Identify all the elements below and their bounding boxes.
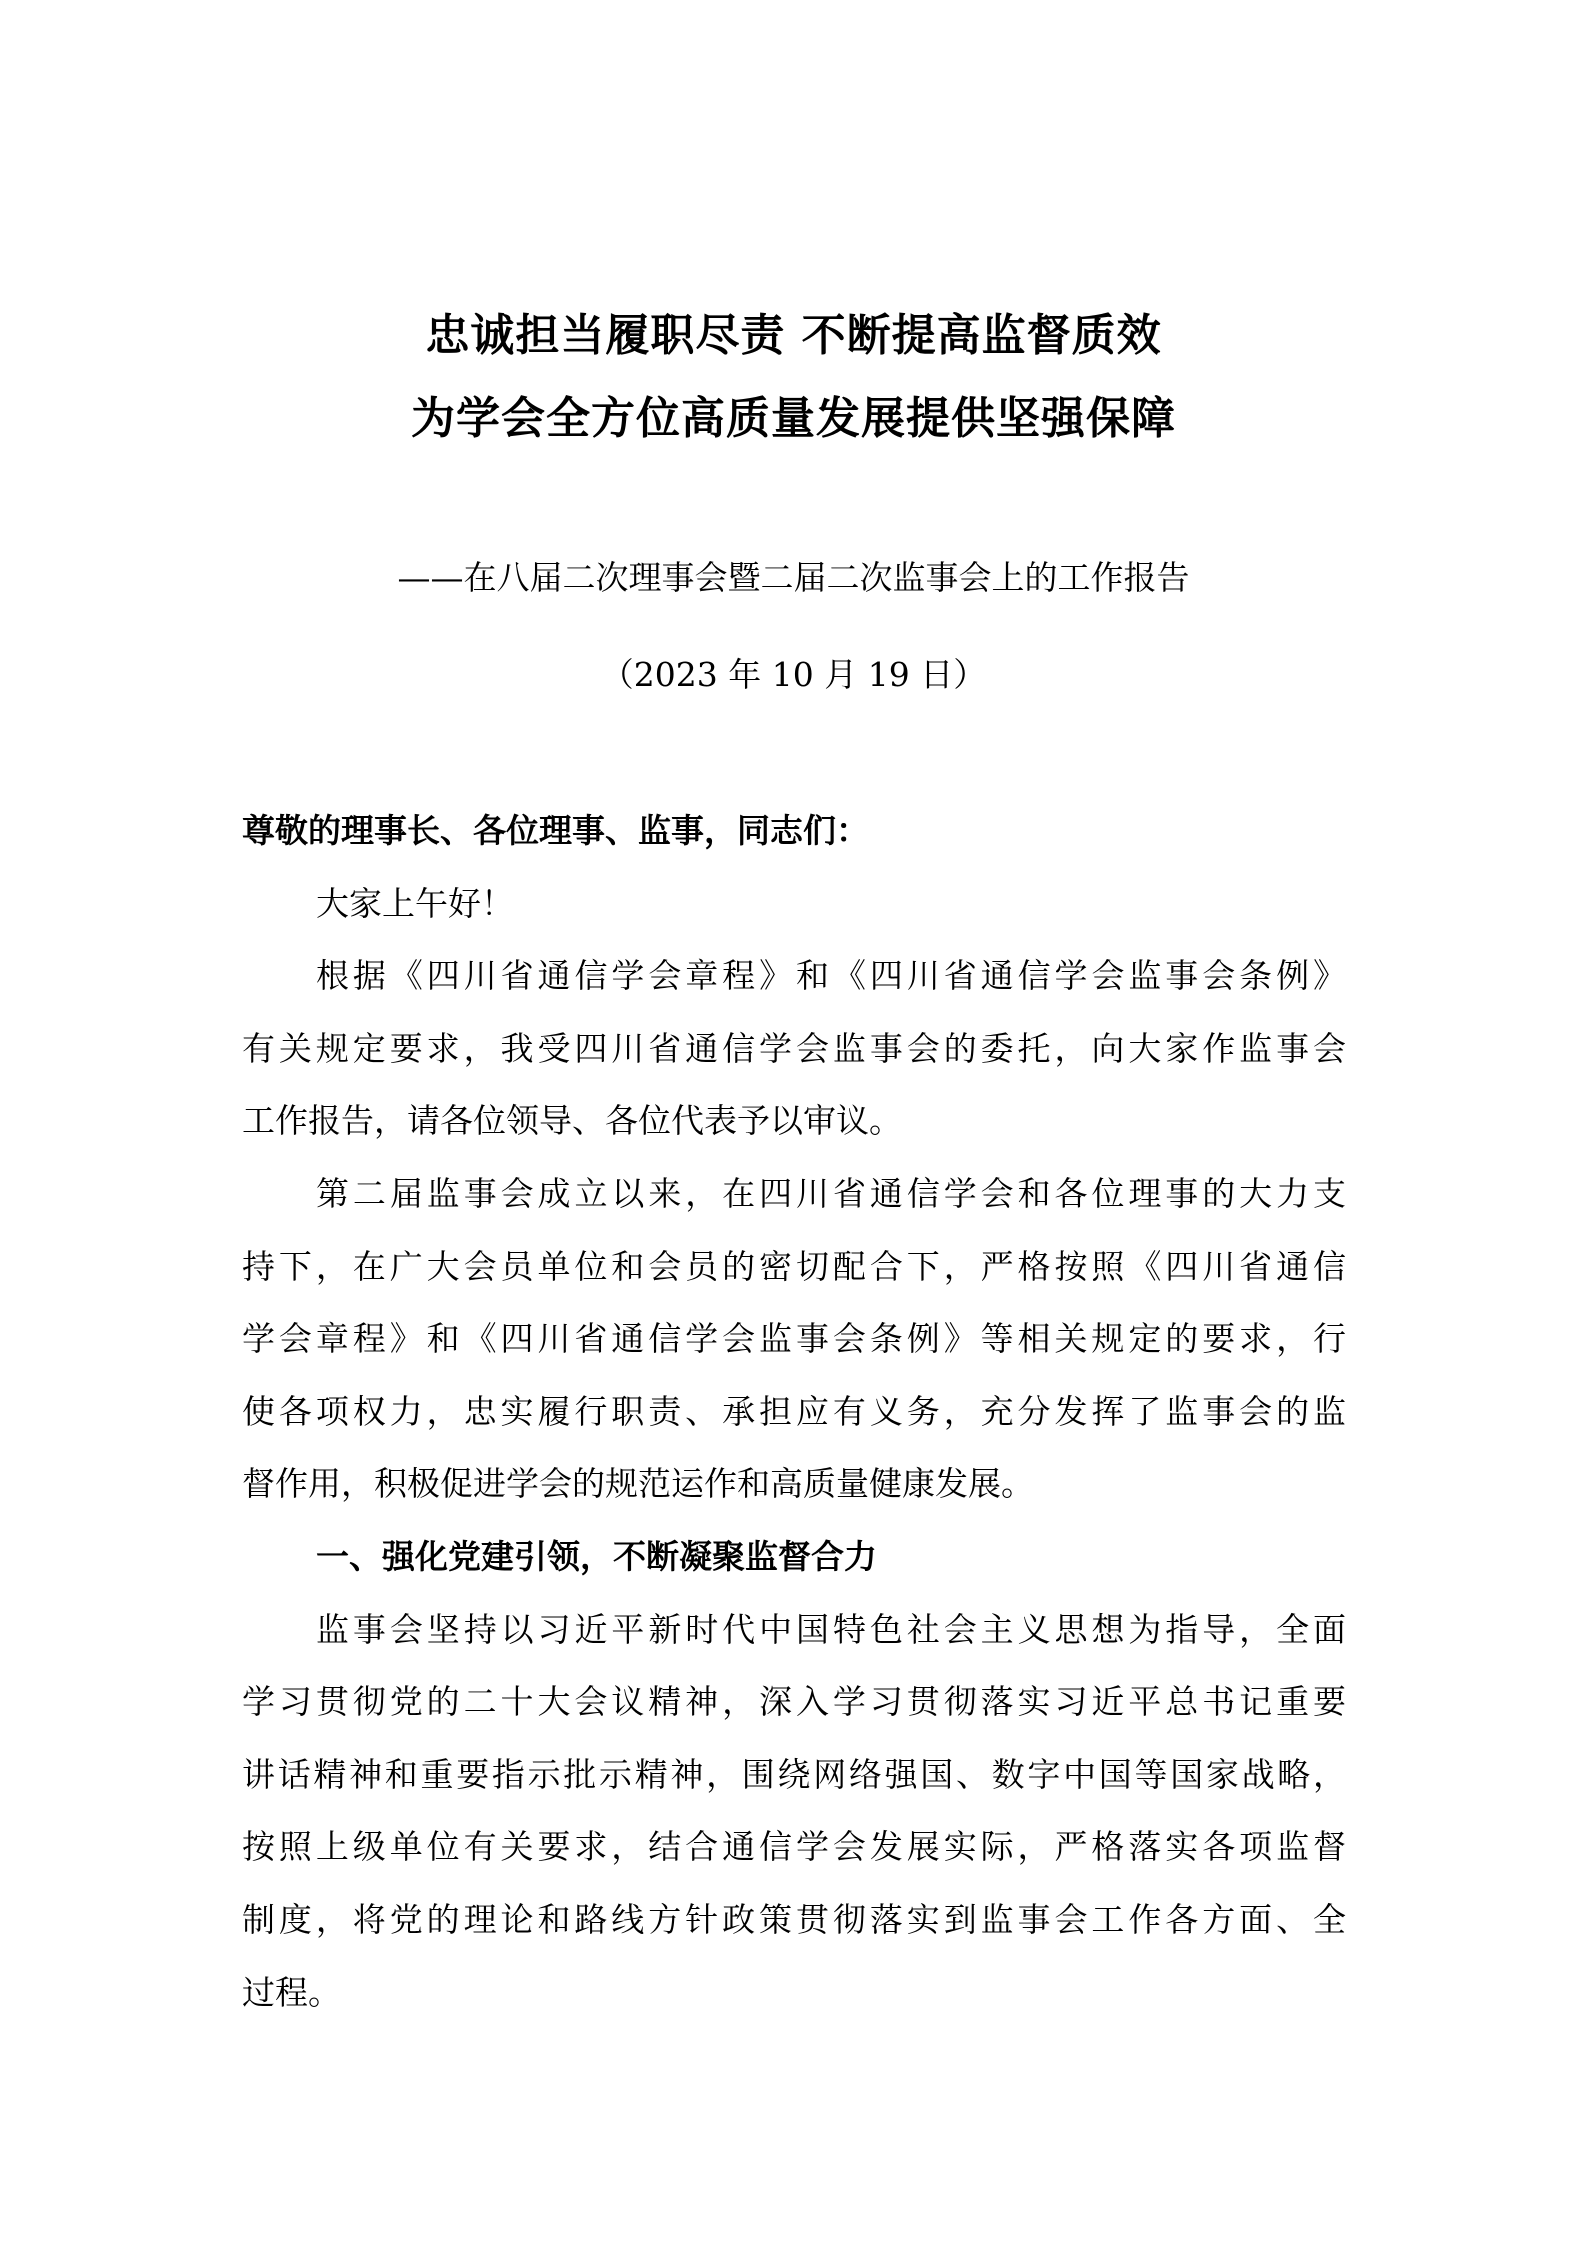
salutation: 尊敬的理事长、各位理事、监事，同志们： bbox=[242, 808, 1346, 881]
paragraph-line: 有关规定要求，我受四川省通信学会监事会的委托，向大家作监事会 bbox=[242, 1026, 1346, 1099]
section-1-heading: 一、强化党建引领，不断凝聚监督合力 bbox=[242, 1534, 1346, 1607]
paragraph-line: 督作用，积极促进学会的规范运作和高质量健康发展。 bbox=[242, 1461, 1346, 1534]
greeting-line: 大家上午好！ bbox=[242, 881, 1346, 954]
paragraph-line: 学习贯彻党的二十大会议精神，深入学习贯彻落实习近平总书记重要 bbox=[242, 1679, 1346, 1752]
title-line-2: 为学会全方位高质量发展提供坚强保障 bbox=[0, 393, 1587, 445]
paragraph-line: 过程。 bbox=[242, 1970, 1346, 2043]
paragraph-line: 讲话精神和重要指示批示精神，围绕网络强国、数字中国等国家战略， bbox=[242, 1752, 1346, 1825]
paragraph-intro: 根据《四川省通信学会章程》和《四川省通信学会监事会条例》 有关规定要求，我受四川… bbox=[242, 953, 1346, 1171]
paragraph-line: 工作报告，请各位领导、各位代表予以审议。 bbox=[242, 1098, 1346, 1171]
subtitle: ——在八届二次理事会暨二届二次监事会上的工作报告 bbox=[0, 558, 1587, 598]
document-page: 忠诚担当履职尽责 不断提高监督质效 为学会全方位高质量发展提供坚强保障 ——在八… bbox=[0, 0, 1587, 2245]
paragraph-line: 第二届监事会成立以来，在四川省通信学会和各位理事的大力支 bbox=[242, 1171, 1346, 1244]
title-line-1: 忠诚担当履职尽责 不断提高监督质效 bbox=[0, 310, 1587, 362]
paragraph-section-1: 监事会坚持以习近平新时代中国特色社会主义思想为指导，全面 学习贯彻党的二十大会议… bbox=[242, 1607, 1346, 2043]
paragraph-line: 学会章程》和《四川省通信学会监事会条例》等相关规定的要求，行 bbox=[242, 1316, 1346, 1389]
paragraph-line: 根据《四川省通信学会章程》和《四川省通信学会监事会条例》 bbox=[242, 953, 1346, 1026]
paragraph-line: 使各项权力，忠实履行职责、承担应有义务，充分发挥了监事会的监 bbox=[242, 1389, 1346, 1462]
paragraph-overview: 第二届监事会成立以来，在四川省通信学会和各位理事的大力支 持下，在广大会员单位和… bbox=[242, 1171, 1346, 1534]
report-date: （2023 年 10 月 19 日） bbox=[0, 655, 1587, 695]
paragraph-line: 按照上级单位有关要求，结合通信学会发展实际，严格落实各项监督 bbox=[242, 1824, 1346, 1897]
paragraph-line: 监事会坚持以习近平新时代中国特色社会主义思想为指导，全面 bbox=[242, 1607, 1346, 1680]
document-body: 尊敬的理事长、各位理事、监事，同志们： 大家上午好！ 根据《四川省通信学会章程》… bbox=[242, 808, 1346, 2042]
paragraph-line: 持下，在广大会员单位和会员的密切配合下，严格按照《四川省通信 bbox=[242, 1244, 1346, 1317]
paragraph-line: 制度，将党的理论和路线方针政策贯彻落实到监事会工作各方面、全 bbox=[242, 1897, 1346, 1970]
